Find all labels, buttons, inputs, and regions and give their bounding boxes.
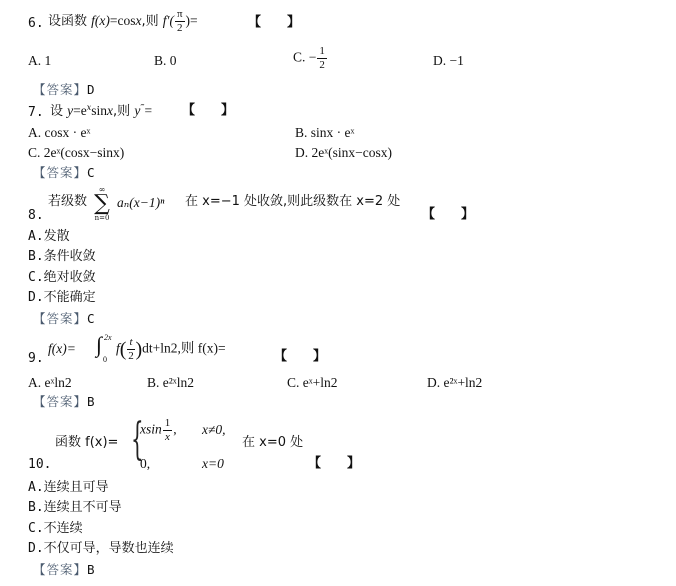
answer-bracket: 【 】 xyxy=(248,16,300,29)
question-number: 7. xyxy=(28,106,44,119)
option-c: C.绝对收敛 xyxy=(28,271,96,284)
option-b: B. 0 xyxy=(154,54,177,68)
case-2-expr: 0, xyxy=(140,457,150,471)
integral-lower: 0 xyxy=(103,356,107,364)
option-a: A. eˣln2 xyxy=(28,376,72,390)
question-number: 6. xyxy=(28,17,44,30)
answer-bracket: 【 】 xyxy=(274,350,326,363)
option-b: B.条件收敛 xyxy=(28,250,96,263)
option-b: B. sinx · eˣ xyxy=(295,126,354,140)
option-c: C. eˣ+ln2 xyxy=(287,376,338,390)
series-term: aₙ(x−1)ⁿ xyxy=(117,196,164,210)
question-stem: 设函数 f(x)=cosx,则 f′(π2)= xyxy=(48,9,198,34)
question-stem: 在 x=0 处 xyxy=(242,436,303,449)
answer-line: 【答案】D xyxy=(33,84,95,97)
answer-line: 【答案】C xyxy=(33,167,95,180)
case-1-expr: xsin1x, xyxy=(140,418,177,443)
option-d: D. −1 xyxy=(433,54,464,68)
option-a: A. 1 xyxy=(28,54,51,68)
fraction: t2 xyxy=(127,337,134,362)
option-a: A. cosx · eˣ xyxy=(28,126,90,140)
question-number: 10. xyxy=(28,458,51,471)
option-b: B.连续且不可导 xyxy=(28,501,122,514)
option-d: D.不能确定 xyxy=(28,291,96,304)
integral-upper: 2x xyxy=(104,334,112,342)
answer-bracket: 【 】 xyxy=(422,208,474,221)
option-b: B. e²ˣln2 xyxy=(147,376,194,390)
question-stem: 在 x=−1 处收敛,则此级数在 x=2 处 xyxy=(185,195,400,208)
answer-bracket: 【 】 xyxy=(182,104,234,117)
option-c: C. −12 xyxy=(293,46,328,71)
question-number: 8. xyxy=(28,209,44,222)
question-number: 9. xyxy=(28,352,44,365)
option-d: D.不仅可导，导数也连续 xyxy=(28,542,174,555)
option-a: A.发散 xyxy=(28,230,70,243)
option-c: C.不连续 xyxy=(28,522,83,535)
fraction: π2 xyxy=(175,9,185,34)
case-2-condition: x=0 xyxy=(202,457,224,471)
option-a: A.连续且可导 xyxy=(28,481,109,494)
integral-sign: ∫ xyxy=(96,334,102,356)
answer-line: 【答案】B xyxy=(33,396,95,409)
function-lhs: 函数 f(x)= xyxy=(55,436,118,449)
question-stem: 设 y=exsinx,则 y‴= xyxy=(50,104,152,118)
answer-bracket: 【 】 xyxy=(308,457,360,470)
fraction: 12 xyxy=(317,46,327,71)
option-d: D. e²ˣ+ln2 xyxy=(427,376,482,390)
summation: ∞ ∑ n=0 xyxy=(94,185,110,222)
question-stem-prefix: 若级数 xyxy=(48,195,87,208)
integrand: f(t2)dt+ln2,则 f(x)= xyxy=(116,337,226,362)
fraction: 1x xyxy=(163,418,173,443)
option-d: D. 2eˣ(sinx−cosx) xyxy=(295,146,392,160)
answer-line: 【答案】B xyxy=(33,564,95,577)
option-c: C. 2eˣ(cosx−sinx) xyxy=(28,146,124,160)
function-lhs: f(x)= xyxy=(48,342,76,356)
case-1-condition: x≠0, xyxy=(202,423,226,437)
answer-line: 【答案】C xyxy=(33,313,95,326)
